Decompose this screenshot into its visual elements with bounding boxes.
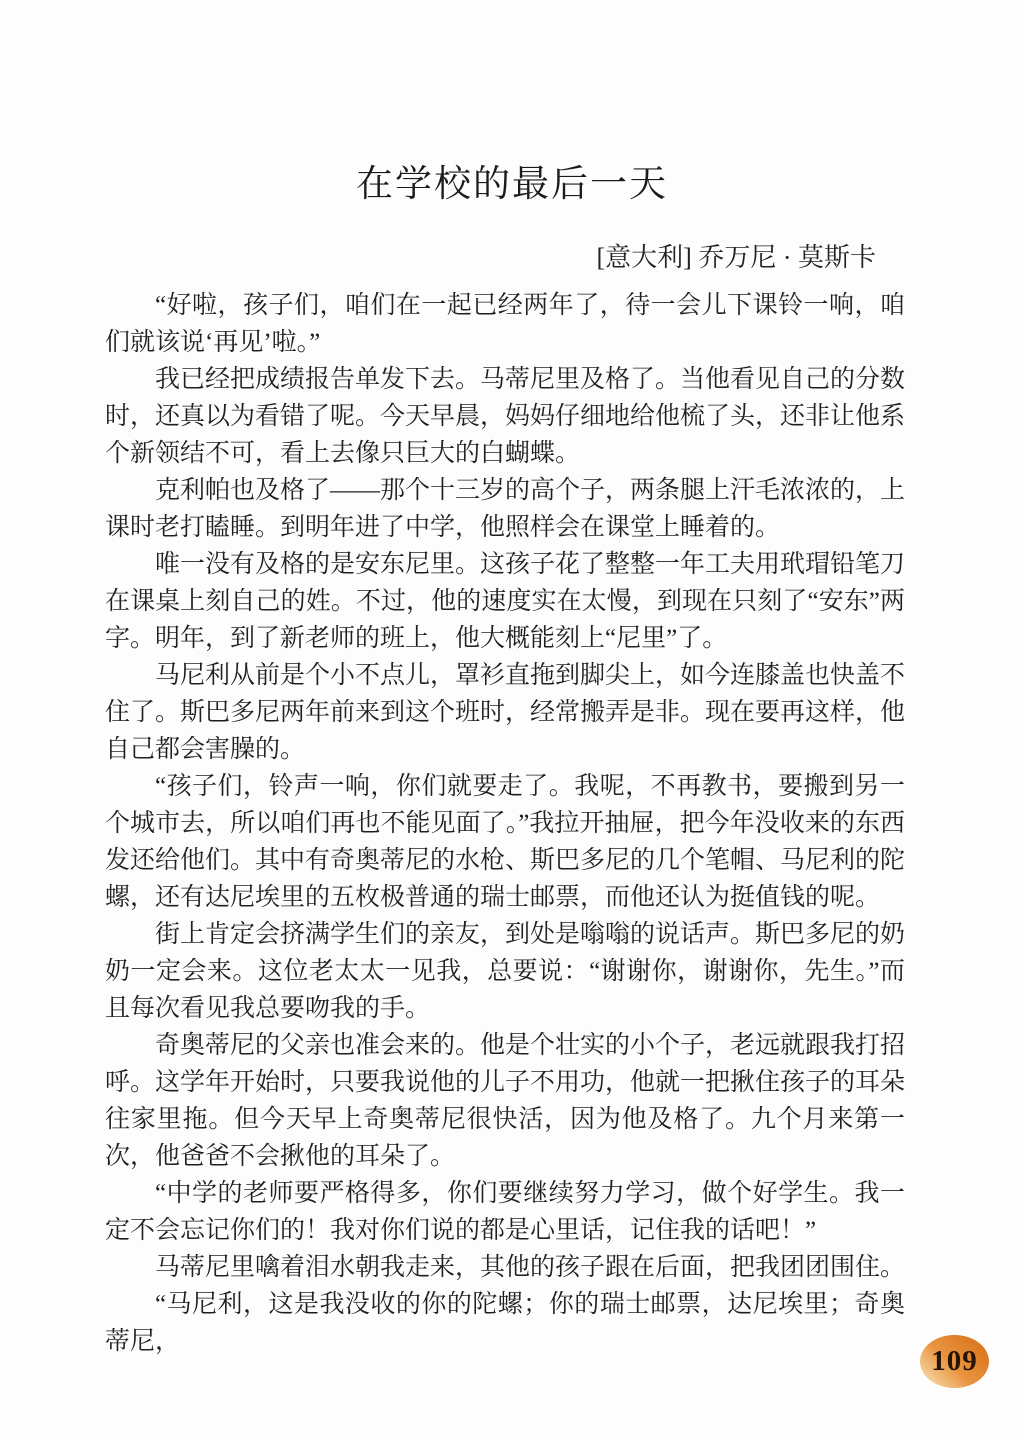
textbook-page: 在学校的最后一天 [意大利] 乔万尼 · 莫斯卡 “好啦，孩子们，咱们在一起已经…	[0, 0, 1024, 1439]
paragraph: 街上肯定会挤满学生们的亲友，到处是嗡嗡的说话声。斯巴多尼的奶奶一定会来。这位老太…	[105, 916, 905, 1027]
page-number-badge: 109	[920, 1335, 989, 1388]
article-title: 在学校的最后一天	[0, 0, 1024, 206]
paragraph: 马蒂尼里噙着泪水朝我走来，其他的孩子跟在后面，把我团团围住。	[105, 1249, 905, 1286]
paragraph: 马尼利从前是个小不点儿，罩衫直拖到脚尖上，如今连膝盖也快盖不住了。斯巴多尼两年前…	[105, 657, 905, 768]
paragraph: “孩子们，铃声一响，你们就要走了。我呢，不再教书，要搬到另一个城市去，所以咱们再…	[105, 768, 905, 916]
paragraph: 唯一没有及格的是安东尼里。这孩子花了整整一年工夫用玳瑁铅笔刀在课桌上刻自己的姓。…	[105, 546, 905, 657]
paragraph: 我已经把成绩报告单发下去。马蒂尼里及格了。当他看见自己的分数时，还真以为看错了呢…	[105, 361, 905, 472]
paragraph: 克利帕也及格了——那个十三岁的高个子，两条腿上汗毛浓浓的，上课时老打瞌睡。到明年…	[105, 472, 905, 546]
paragraph: “中学的老师要严格得多，你们要继续努力学习，做个好学生。我一定不会忘记你们的！我…	[105, 1175, 905, 1249]
paragraph: 奇奥蒂尼的父亲也准会来的。他是个壮实的小个子，老远就跟我打招呼。这学年开始时，只…	[105, 1027, 905, 1175]
paragraph: “好啦，孩子们，咱们在一起已经两年了，待一会儿下课铃一响，咱们就该说‘再见’啦。…	[105, 287, 905, 361]
article-author: [意大利] 乔万尼 · 莫斯卡	[0, 244, 876, 271]
paragraph: “马尼利，这是我没收的你的陀螺；你的瑞士邮票，达尼埃里；奇奥蒂尼，	[105, 1286, 905, 1360]
article-body: “好啦，孩子们，咱们在一起已经两年了，待一会儿下课铃一响，咱们就该说‘再见’啦。…	[105, 287, 905, 1360]
page-number: 109	[931, 1345, 978, 1378]
